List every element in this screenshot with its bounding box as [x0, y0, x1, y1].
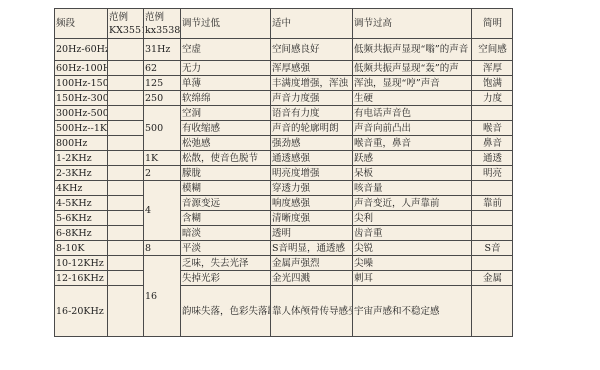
cell-too-low: 软绵绵	[181, 91, 271, 106]
cell-example-kx3538: 500	[144, 106, 181, 151]
cell-too-high: 跃感	[353, 151, 472, 166]
cell-too-high: 咳音量	[353, 181, 472, 196]
cell-example-kx3551	[108, 286, 144, 337]
cell-example-kx3538: 1K	[144, 151, 181, 166]
cell-moderate: 通透感强	[271, 151, 353, 166]
header-example-kx3538-line2: kx3538	[145, 24, 180, 37]
cell-moderate: 透明	[271, 226, 353, 241]
cell-example-kx3551	[108, 121, 144, 136]
table-row: 16-20KHz 韵味失落，色彩失落缺乏音色表现力 靠人体颅骨传导感受声音的韵味…	[55, 286, 513, 337]
cell-summary	[472, 106, 513, 121]
cell-summary: 通透	[472, 151, 513, 166]
cell-too-high: 生硬	[353, 91, 472, 106]
cell-too-low: 空虚	[181, 39, 271, 61]
cell-moderate: 明亮度增强	[271, 166, 353, 181]
cell-example-kx3538: 16	[144, 256, 181, 337]
cell-example-kx3551	[108, 241, 144, 256]
cell-example-kx3538: 31Hz	[144, 39, 181, 61]
cell-summary: 靠前	[472, 196, 513, 211]
cell-moderate: 浑厚感强	[271, 61, 353, 76]
header-example-kx3538: 范例kx3538	[144, 9, 181, 39]
cell-band: 16-20KHz	[55, 286, 108, 337]
table-row: 10-12KHz 16 乏味，失去光泽 金属声强烈 尖噪	[55, 256, 513, 271]
cell-band: 300Hz-500Hz	[55, 106, 108, 121]
cell-summary: 明亮	[472, 166, 513, 181]
cell-band: 2-3KHz	[55, 166, 108, 181]
cell-moderate: 穿透力强	[271, 181, 353, 196]
cell-moderate: 声音的轮廓明朗	[271, 121, 353, 136]
cell-too-low: 模糊	[181, 181, 271, 196]
cell-too-low: 暗淡	[181, 226, 271, 241]
cell-band: 1-2KHz	[55, 151, 108, 166]
cell-moderate: 语音有力度	[271, 106, 353, 121]
header-too-high: 调节过高	[353, 9, 472, 39]
cell-example-kx3551	[108, 211, 144, 226]
header-example-kx3551-line1: 范例	[109, 11, 143, 24]
cell-example-kx3551	[108, 39, 144, 61]
cell-moderate: 金光四溅	[271, 271, 353, 286]
cell-too-high: 尖利	[353, 211, 472, 226]
cell-summary	[472, 286, 513, 337]
cell-moderate: 强劲感	[271, 136, 353, 151]
cell-moderate: 清晰度强	[271, 211, 353, 226]
cell-example-kx3551	[108, 136, 144, 151]
cell-too-high: 声音变近，人声靠前	[353, 196, 472, 211]
cell-too-high: 尖噪	[353, 256, 472, 271]
cell-example-kx3551	[108, 226, 144, 241]
cell-summary	[472, 211, 513, 226]
cell-band: 150Hz-300Hz	[55, 91, 108, 106]
cell-too-high: 刺耳	[353, 271, 472, 286]
cell-band: 12-16KHz	[55, 271, 108, 286]
header-too-low: 调节过低	[181, 9, 271, 39]
header-summary: 简明	[472, 9, 513, 39]
table-row: 2-3KHz 2 朦胧 明亮度增强 呆板 明亮	[55, 166, 513, 181]
table-row: 800Hz 松弛感 强劲感 喉音重，鼻音 鼻音	[55, 136, 513, 151]
cell-too-low: 朦胧	[181, 166, 271, 181]
cell-example-kx3551	[108, 181, 144, 196]
cell-example-kx3538: 62	[144, 61, 181, 76]
table-row: 8-10K 8 平淡 S音明显，通透感 尖锐 S音	[55, 241, 513, 256]
cell-too-high: 低频共振声显现“轰”的声	[353, 61, 472, 76]
table-row: 500Hz--1KHz 有收缩感 声音的轮廓明朗 声音向前凸出 喉音	[55, 121, 513, 136]
cell-band: 60Hz-100Hz	[55, 61, 108, 76]
cell-too-high: 有电话声音色	[353, 106, 472, 121]
cell-example-kx3538: 2	[144, 166, 181, 181]
table-row: 4-5KHz 音源变远 响度感强 声音变近，人声靠前 靠前	[55, 196, 513, 211]
cell-moderate: 靠人体颅骨传导感受声音的韵味，色彩富于音色表现力	[271, 286, 353, 337]
cell-band: 5-6KHz	[55, 211, 108, 226]
cell-too-low: 空洞	[181, 106, 271, 121]
cell-example-kx3551	[108, 106, 144, 121]
cell-moderate: 响度感强	[271, 196, 353, 211]
table-row: 1-2KHz 1K 松散，使音色脱节 通透感强 跃感 通透	[55, 151, 513, 166]
cell-too-low: 松散，使音色脱节	[181, 151, 271, 166]
cell-example-kx3538: 4	[144, 181, 181, 241]
table-row: 6-8KHz 暗淡 透明 齿音重	[55, 226, 513, 241]
table-row: 150Hz-300Hz 250 软绵绵 声音力度强 生硬 力度	[55, 91, 513, 106]
cell-band: 800Hz	[55, 136, 108, 151]
table-row: 12-16KHz 失掉光彩 金光四溅 刺耳 金属	[55, 271, 513, 286]
header-moderate: 适中	[271, 9, 353, 39]
cell-too-low: 失掉光彩	[181, 271, 271, 286]
cell-moderate: S音明显，通透感	[271, 241, 353, 256]
table-row: 300Hz-500Hz 500 空洞 语音有力度 有电话声音色	[55, 106, 513, 121]
header-example-kx3551-line2: KX3551	[109, 24, 143, 37]
cell-summary: 喉音	[472, 121, 513, 136]
table-row: 20Hz-60Hz 31Hz 空虚 空间感良好 低频共振声显现“嗡”的声音 空间…	[55, 39, 513, 61]
header-band: 频段	[55, 9, 108, 39]
eq-frequency-table: 频段 范例KX3551 范例kx3538 调节过低 适中 调节过高 简明 20H…	[54, 8, 513, 337]
cell-too-low: 含糊	[181, 211, 271, 226]
table-row: 60Hz-100Hz 62 无力 浑厚感强 低频共振声显现“轰”的声 浑厚	[55, 61, 513, 76]
cell-too-high: 呆板	[353, 166, 472, 181]
cell-band: 6-8KHz	[55, 226, 108, 241]
cell-too-high: 声音向前凸出	[353, 121, 472, 136]
cell-example-kx3538: 125	[144, 76, 181, 91]
cell-too-low: 乏味，失去光泽	[181, 256, 271, 271]
cell-example-kx3538: 250	[144, 91, 181, 106]
cell-band: 8-10K	[55, 241, 108, 256]
cell-summary: 饱满	[472, 76, 513, 91]
cell-moderate: 空间感良好	[271, 39, 353, 61]
cell-too-low: 音源变远	[181, 196, 271, 211]
cell-band: 10-12KHz	[55, 256, 108, 271]
cell-moderate: 丰满度增强，浑浊	[271, 76, 353, 91]
cell-moderate: 金属声强烈	[271, 256, 353, 271]
cell-example-kx3551	[108, 61, 144, 76]
table-row: 4KHz 4 模糊 穿透力强 咳音量	[55, 181, 513, 196]
cell-band: 4-5KHz	[55, 196, 108, 211]
cell-summary: 空间感	[472, 39, 513, 61]
cell-too-high: 齿音重	[353, 226, 472, 241]
table-row: 5-6KHz 含糊 清晰度强 尖利	[55, 211, 513, 226]
cell-too-high: 尖锐	[353, 241, 472, 256]
cell-too-high: 喉音重，鼻音	[353, 136, 472, 151]
header-example-kx3551: 范例KX3551	[108, 9, 144, 39]
cell-too-low: 松弛感	[181, 136, 271, 151]
cell-summary: 浑厚	[472, 61, 513, 76]
cell-example-kx3551	[108, 151, 144, 166]
cell-band: 4KHz	[55, 181, 108, 196]
cell-example-kx3538: 8	[144, 241, 181, 256]
cell-summary: S音	[472, 241, 513, 256]
cell-summary	[472, 256, 513, 271]
cell-summary: 鼻音	[472, 136, 513, 151]
cell-example-kx3551	[108, 166, 144, 181]
cell-summary: 金属	[472, 271, 513, 286]
cell-band: 500Hz--1KHz	[55, 121, 108, 136]
header-row: 频段 范例KX3551 范例kx3538 调节过低 适中 调节过高 简明	[55, 9, 513, 39]
cell-too-low: 韵味失落，色彩失落缺乏音色表现力	[181, 286, 271, 337]
cell-too-low: 无力	[181, 61, 271, 76]
cell-too-high: 浑浊，显现“哼”声音	[353, 76, 472, 91]
cell-too-high: 低频共振声显现“嗡”的声音	[353, 39, 472, 61]
cell-summary: 力度	[472, 91, 513, 106]
table-row: 100Hz-150Hz 125 单薄 丰满度增强，浑浊 浑浊，显现“哼”声音 饱…	[55, 76, 513, 91]
cell-too-low: 有收缩感	[181, 121, 271, 136]
cell-example-kx3551	[108, 271, 144, 286]
cell-example-kx3551	[108, 256, 144, 271]
header-example-kx3538-line1: 范例	[145, 11, 180, 24]
cell-too-high: 宇宙声感和不稳定感	[353, 286, 472, 337]
cell-example-kx3551	[108, 196, 144, 211]
cell-example-kx3551	[108, 91, 144, 106]
cell-band: 100Hz-150Hz	[55, 76, 108, 91]
cell-example-kx3551	[108, 76, 144, 91]
cell-band: 20Hz-60Hz	[55, 39, 108, 61]
cell-moderate: 声音力度强	[271, 91, 353, 106]
cell-too-low: 平淡	[181, 241, 271, 256]
cell-summary	[472, 181, 513, 196]
cell-too-low: 单薄	[181, 76, 271, 91]
cell-summary	[472, 226, 513, 241]
